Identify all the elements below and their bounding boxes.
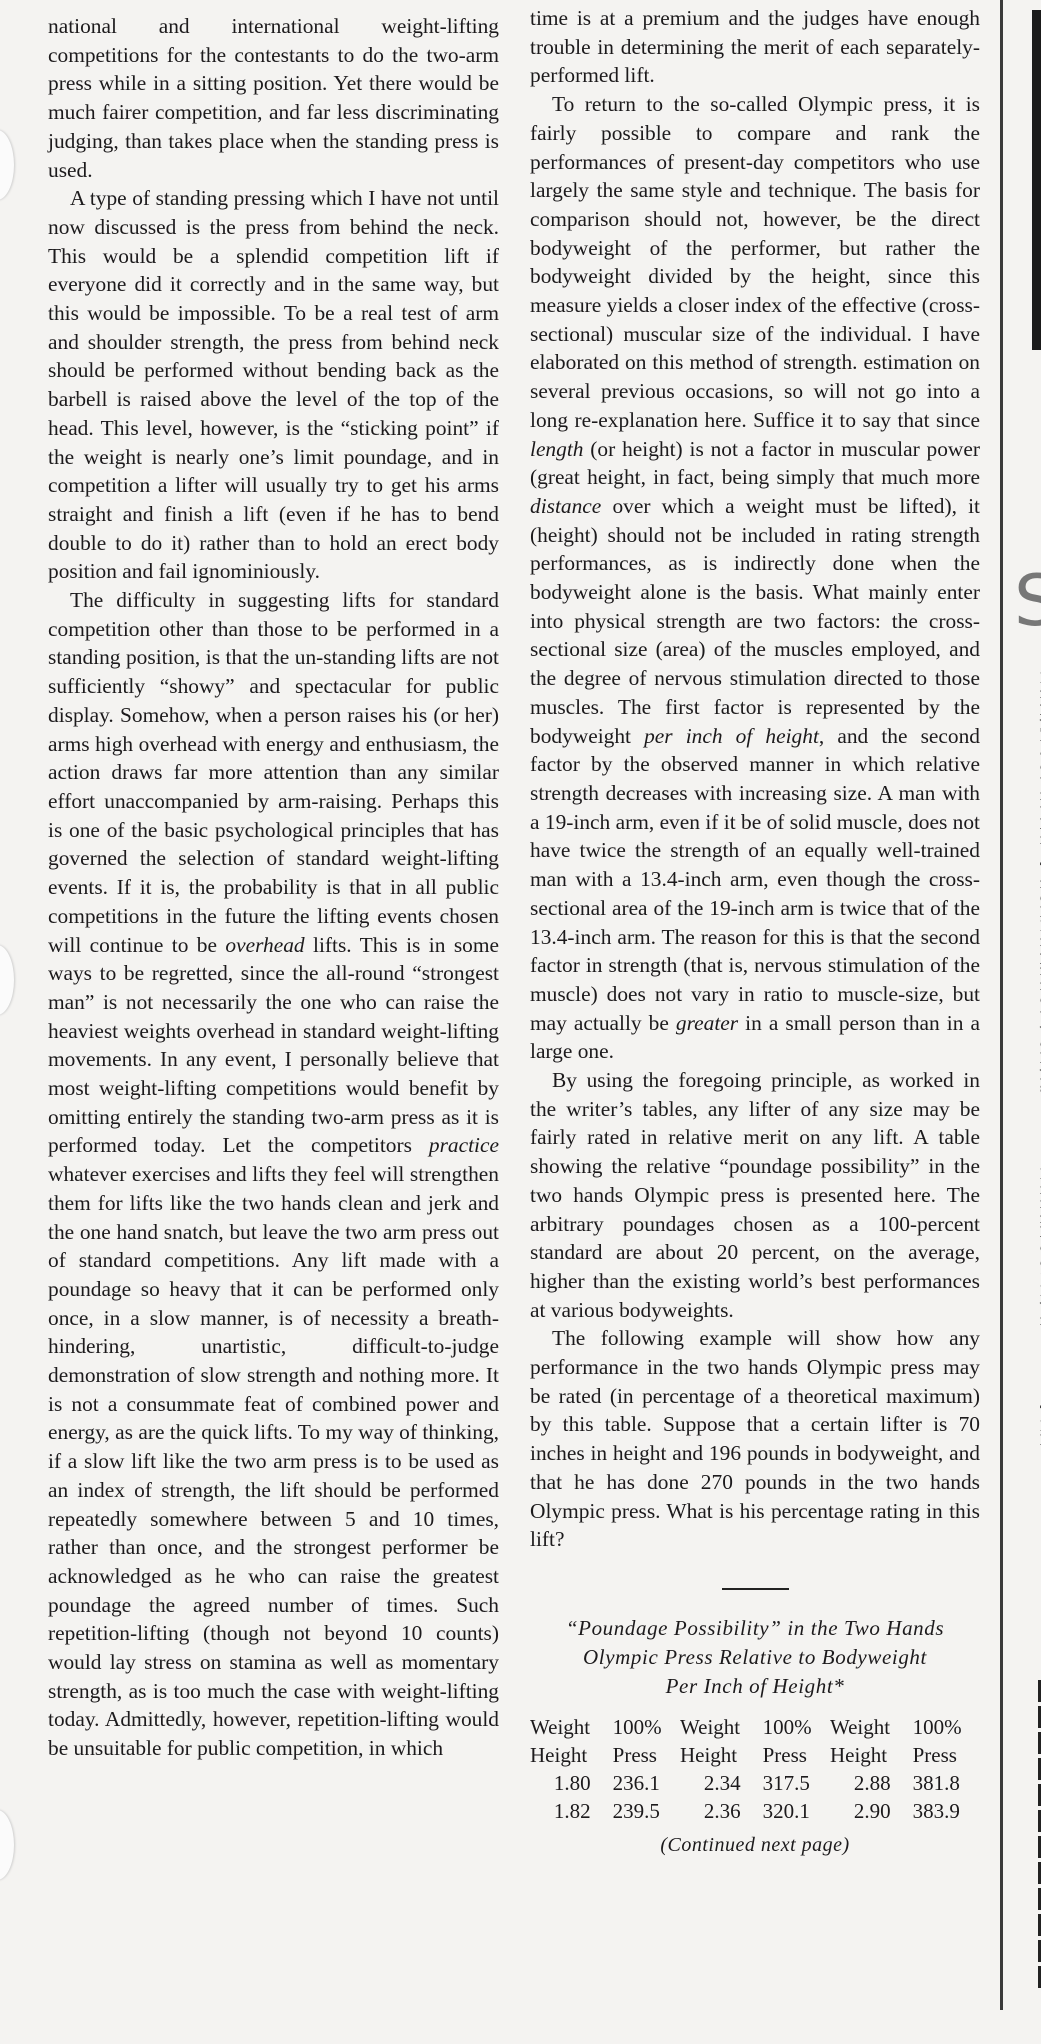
left-column: national and international weight-liftin… (48, 12, 499, 1763)
section-divider-rule (722, 1588, 789, 1590)
column-page-divider (1000, 0, 1003, 2010)
paragraph-sitting-press: national and international weight-liftin… (48, 12, 499, 184)
right-column: time is at a premium and the judges have… (530, 4, 980, 1860)
scan-punch-hole-middle (0, 945, 14, 1015)
paragraph-overhead-lifts: The difficulty in suggesting lifts for s… (48, 586, 499, 1763)
adjacent-page-sliver: S D re pr ye ha ar ev tr ne tio b n T m … (1010, 0, 1041, 2044)
adjacent-page-drop-letter: S (1014, 560, 1041, 642)
table-header-row-top: Weight100% Weight100% Weight100% (530, 1713, 980, 1741)
table-row: 1.82239.5 2.36320.1 2.90383.9 (530, 1797, 980, 1825)
paragraph-judges: time is at a premium and the judges have… (530, 4, 980, 90)
table-header-row-bottom: HeightPress HeightPress HeightPress (530, 1741, 980, 1769)
paragraph-olympic-press: To return to the so-called Olympic press… (530, 90, 980, 1066)
poundage-possibility-table: Weight100% Weight100% Weight100% HeightP… (530, 1713, 980, 1825)
adjacent-page-black-bar (1032, 10, 1041, 350)
table-row: 1.80236.1 2.34317.5 2.88381.8 (530, 1769, 980, 1797)
paragraph-foregoing-principle: By using the foregoing principle, as wor… (530, 1066, 980, 1324)
scan-punch-hole-bottom (0, 1810, 14, 1880)
paragraph-example: The following example will show how any … (530, 1324, 980, 1554)
table-title: “Poundage Possibility” in the Two Hands … (530, 1614, 980, 1701)
continued-next-page: (Continued next page) (530, 1831, 980, 1860)
scan-punch-hole-top (0, 130, 14, 200)
paragraph-press-behind-neck: A type of standing pressing which I have… (48, 184, 499, 586)
